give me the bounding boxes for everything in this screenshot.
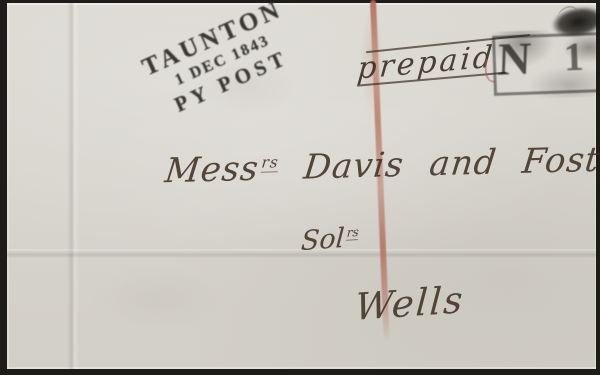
address-occupation-prefix: Sol: [300, 223, 345, 257]
address-line-occupation: Solrs: [300, 222, 359, 257]
address-recipient-names: Davis and Foster: [276, 139, 600, 189]
address-line-town: Wells: [354, 278, 466, 329]
letter-paper: TAUNTON 1 DEC 1843 PY POST prepaid N 1 M…: [7, 3, 596, 369]
paper-stain: [67, 253, 247, 343]
address-line-recipient: Messrs Davis and Foster: [163, 139, 600, 192]
scanned-letter-photo: TAUNTON 1 DEC 1843 PY POST prepaid N 1 M…: [0, 0, 600, 375]
address-recipient-prefix: Mess: [163, 149, 261, 192]
address-occupation-superscript: rs: [346, 225, 359, 241]
